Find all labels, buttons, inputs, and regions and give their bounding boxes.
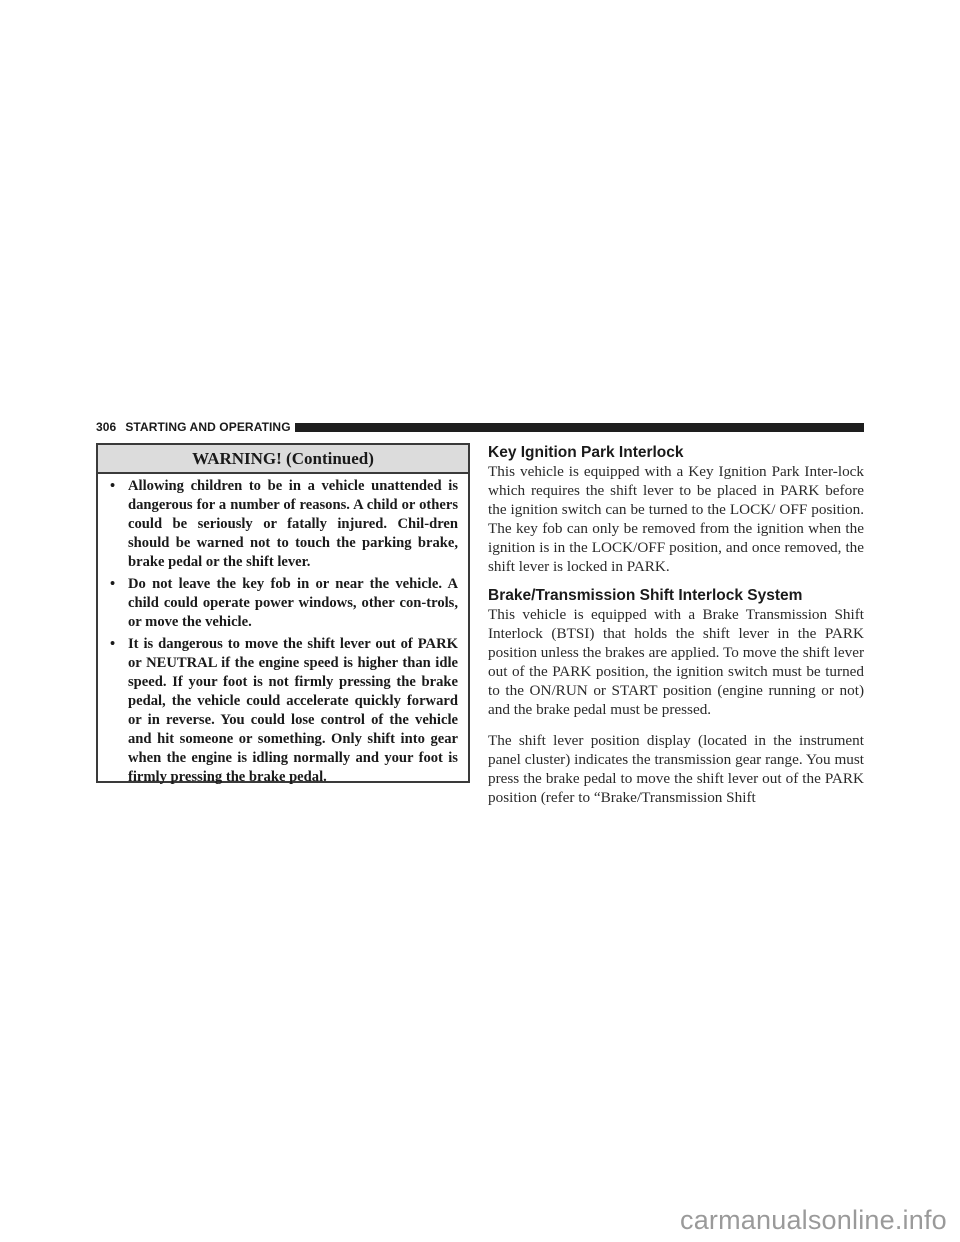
warning-item: • Allowing children to be in a vehicle u… [108, 477, 458, 572]
body-paragraph: The shift lever position display (locate… [488, 731, 864, 807]
warning-item-text: Allowing children to be in a vehicle una… [128, 478, 458, 570]
page-header: 306 STARTING AND OPERATING [96, 418, 864, 436]
watermark: carmanualsonline.info [680, 1205, 947, 1236]
warning-title: WARNING! (Continued) [98, 445, 468, 474]
body-paragraph: This vehicle is equipped with a Brake Tr… [488, 605, 864, 719]
warning-item: • Do not leave the key fob in or near th… [108, 575, 458, 632]
section-heading: Brake/Transmission Shift Interlock Syste… [488, 586, 864, 605]
warning-item-text: Do not leave the key fob in or near the … [128, 576, 458, 630]
warning-item-text: It is dangerous to move the shift lever … [128, 636, 458, 785]
bullet-icon: • [110, 477, 115, 496]
warning-item: • It is dangerous to move the shift leve… [108, 635, 458, 787]
header-rule [295, 423, 864, 432]
section-heading: Key Ignition Park Interlock [488, 443, 864, 462]
right-column: Key Ignition Park Interlock This vehicle… [488, 443, 864, 807]
body-paragraph: This vehicle is equipped with a Key Igni… [488, 462, 864, 576]
bullet-icon: • [110, 635, 115, 654]
section-title-header: STARTING AND OPERATING [125, 420, 290, 434]
warning-list: • Allowing children to be in a vehicle u… [98, 474, 468, 787]
page-number: 306 [96, 420, 116, 434]
warning-box: WARNING! (Continued) • Allowing children… [96, 443, 470, 783]
bullet-icon: • [110, 575, 115, 594]
